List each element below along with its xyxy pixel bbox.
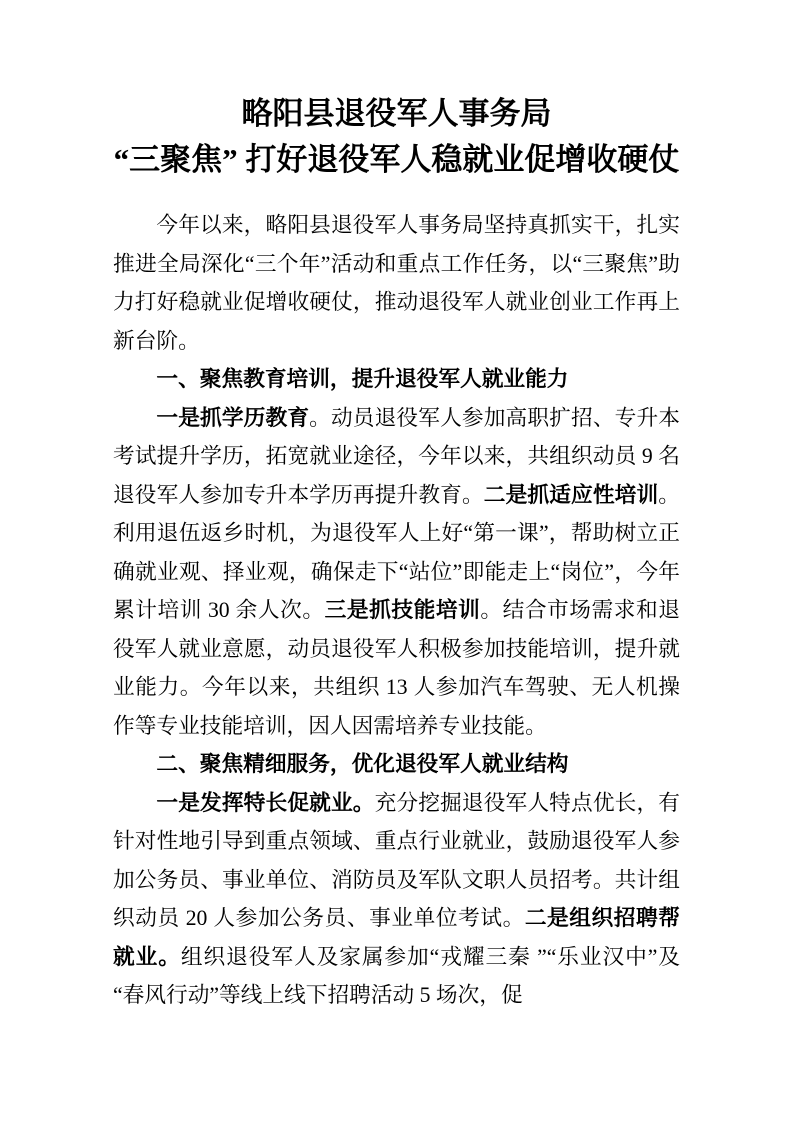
section-heading: 二、聚焦精细服务，优化退役军人就业结构 <box>113 745 680 784</box>
bold-run-in-text: 三是抓技能培训 <box>325 598 481 622</box>
bold-run-in-text: 一、聚焦教育培训，提升退役军人就业能力 <box>156 366 568 391</box>
document-title: 略阳县退役军人事务局 “三聚焦” 打好退役军人稳就业促增收硬仗 <box>113 91 680 183</box>
body-text-segment: 组织退役军人及家属参加“戎耀三秦 ”“乐业汉中”及“春风行动”等线上线下招聘活动… <box>113 945 680 1008</box>
document-paragraph: 今年以来，略阳县退役军人事务局坚持真抓实干，扎实推进全局深化“三个年”活动和重点… <box>113 206 680 360</box>
body-text-segment: 今年以来，略阳县退役军人事务局坚持真抓实干，扎实推进全局深化“三个年”活动和重点… <box>113 213 680 353</box>
bold-run-in-text: 一是发挥特长促就业。 <box>156 791 374 815</box>
bold-run-in-text: 二、聚焦精细服务，优化退役军人就业结构 <box>156 751 568 776</box>
bold-run-in-text: 一是抓学历教育 <box>156 406 309 430</box>
document-title-line-2: “三聚焦” 打好退役军人稳就业促增收硬仗 <box>113 137 680 183</box>
document-paragraph: 一是发挥特长促就业。充分挖掘退役军人特点优长，有针对性地引导到重点领域、重点行业… <box>113 784 680 1015</box>
document-paragraph: 一是抓学历教育。动员退役军人参加高职扩招、专升本考试提升学历，拓宽就业途径，今年… <box>113 399 680 746</box>
section-heading: 一、聚焦教育培训，提升退役军人就业能力 <box>113 360 680 399</box>
document-content: 略阳县退役军人事务局 “三聚焦” 打好退役军人稳就业促增收硬仗 今年以来，略阳县… <box>113 0 680 1015</box>
bold-run-in-text: 二是抓适应性培训 <box>484 483 659 507</box>
document-title-line-1: 略阳县退役军人事务局 <box>113 91 680 137</box>
document-page: 略阳县退役军人事务局 “三聚焦” 打好退役军人稳就业促增收硬仗 今年以来，略阳县… <box>0 0 793 1122</box>
document-body: 今年以来，略阳县退役军人事务局坚持真抓实干，扎实推进全局深化“三个年”活动和重点… <box>113 206 680 1015</box>
